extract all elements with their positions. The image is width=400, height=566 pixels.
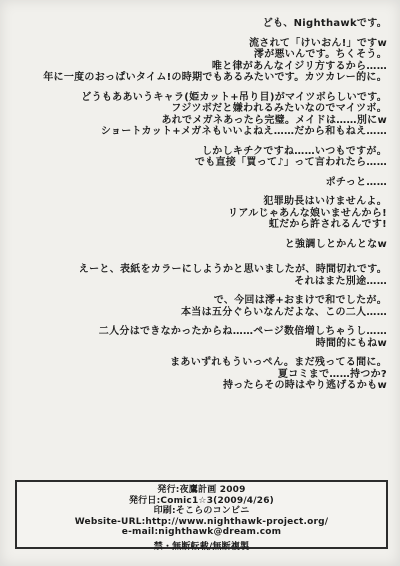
afterword-paragraph: ども、Nighthawkです。 [18,18,387,30]
afterword-line: 流されて「けいおん!」ですw [18,38,387,50]
afterword-paragraph: 流されて「けいおん!」ですw澪が悪いんです。ちくそう。唯と律があんなイジリ方する… [18,38,387,84]
afterword-paragraph: 二人分はできなかったからね……ページ数倍増しちゃうし……時間的にもねw [18,326,387,349]
afterword-line: 犯罪助長はいけませんよ。 [18,196,387,208]
afterword-paragraph: で、今回は澪+おまけで和でしたが。本当は五分ぐらいなんだよな、この二人…… [18,295,387,318]
afterword-paragraph: どうもああいうキャラ(姫カット+吊り目)がマイツボらしいです。フジツボだと嫌われ… [18,92,387,138]
afterword-line: 澪が悪いんです。ちくそう。 [18,49,387,61]
afterword-paragraph: ポチっと…… [18,177,387,189]
afterword-line: 二人分はできなかったからね……ページ数倍増しちゃうし…… [18,326,387,338]
afterword-line: 虹だから許されるんです! [18,219,387,231]
afterword-line: フジツボだと嫌われるみたいなのでマイツボ。 [18,103,387,115]
afterword-paragraph: しかしキチクですね……いつもですが。でも直接「買って♪」って言われたら…… [18,146,387,169]
afterword-line: でも直接「買って♪」って言われたら…… [18,157,387,169]
colophon-lines: 発行:夜鷹計画 2009発行日:Comic1☆3(2009/4/26)印刷:そこ… [17,485,386,538]
colophon-line: 発行:夜鷹計画 2009 [17,485,386,496]
afterword-line: と強調しとかんとなw [18,239,387,251]
colophon-line: Website-URL:http://www.nighthawk-project… [17,517,386,528]
afterword-line: リアルじゃあんな娘いませんから! [18,208,387,220]
colophon-line: 印刷:そこらのコンビニ [17,506,386,517]
afterword-line: しかしキチクですね……いつもですが。 [18,146,387,158]
afterword-line: ども、Nighthawkです。 [18,18,387,30]
afterword-line: えーと、表紙をカラーにしようかと思いましたが、時間切れです。 [18,264,387,276]
afterword-line: 夏コミまで……持つか? [18,369,387,381]
afterword-line: それはまた別途…… [18,276,387,288]
afterword-paragraph: えーと、表紙をカラーにしようかと思いましたが、時間切れです。それはまた別途…… [18,264,387,287]
colophon-line: 発行日:Comic1☆3(2009/4/26) [17,496,386,507]
afterword-line: 年に一度のおっぱいタイム!の時期でもあるみたいです。カツカレー的に。 [18,72,387,84]
afterword-line: 時間的にもねw [18,338,387,350]
afterword-line: 本当は五分ぐらいなんだよな、この二人…… [18,307,387,319]
afterword-line: どうもああいうキャラ(姫カット+吊り目)がマイツボらしいです。 [18,92,387,104]
afterword-line: まあいずれもういっぺん。まだ残ってる間に。 [18,357,387,369]
afterword-line: で、今回は澪+おまけで和でしたが。 [18,295,387,307]
afterword-paragraph: まあいずれもういっぺん。まだ残ってる間に。夏コミまで……持つか?持ったらその時は… [18,357,387,392]
afterword-line: 持ったらその時はやり逃げるかもw [18,380,387,392]
afterword-paragraph: と強調しとかんとなw [18,239,387,251]
afterword-paragraph: 犯罪助長はいけませんよ。リアルじゃあんな娘いませんから!虹だから許されるんです! [18,196,387,231]
afterword-line: 唯と律があんなイジリ方するから…… [18,61,387,73]
colophon-line: e-mail:nighthawk@dream.com [17,527,386,538]
afterword-line: ポチっと…… [18,177,387,189]
afterword-line: ショートカット+メガネもいいよねえ……だから和もねえ…… [18,126,387,138]
afterword-line: あれでメガネあったら完璧。メイドは……別にw [18,115,387,127]
afterword-text: ども、Nighthawkです。流されて「けいおん!」ですw澪が悪いんです。ちくそ… [18,18,387,400]
copyright-notice: 禁・無断転載/無断複製 [17,542,386,553]
doujinshi-afterword-page: ども、Nighthawkです。流されて「けいおん!」ですw澪が悪いんです。ちくそ… [0,0,400,566]
colophon-box: 発行:夜鷹計画 2009発行日:Comic1☆3(2009/4/26)印刷:そこ… [15,480,388,549]
